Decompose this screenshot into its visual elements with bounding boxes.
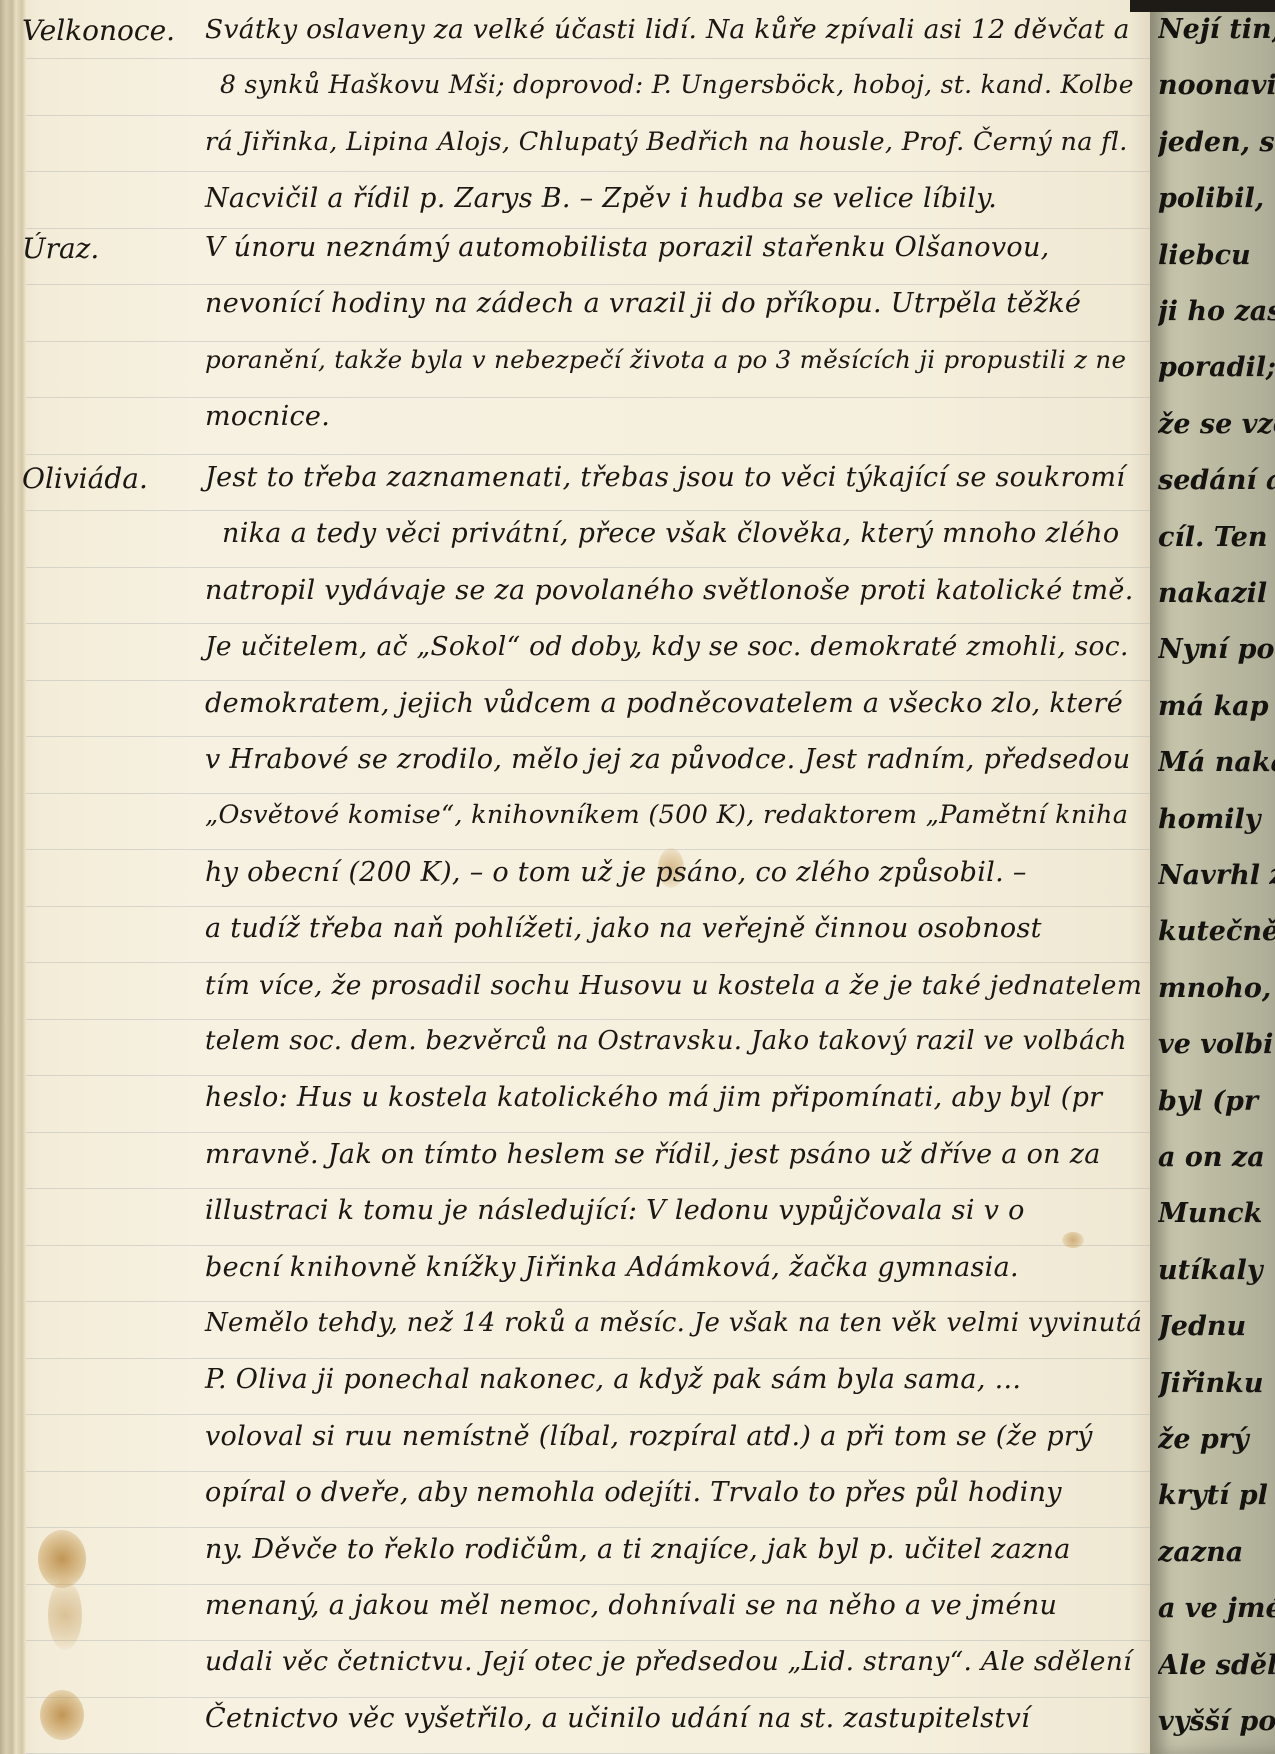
handwritten-line: illustraci k tomu je následující: V ledo… [205,1195,1025,1226]
facing-page-fragment: Munck [1158,1198,1275,1229]
handwritten-line: Jest to třeba zaznamenati, třebas jsou t… [205,462,1125,493]
handwritten-line: Nemělo tehdy, než 14 roků a měsíc. Je vš… [205,1308,1142,1338]
handwritten-line: demokratem, jejich vůdcem a podněcovatel… [205,688,1123,719]
rule-line [26,1075,1150,1076]
handwritten-line: voloval si ruu nemístně (líbal, rozpíral… [205,1421,1093,1452]
rule-line [26,1414,1150,1415]
facing-page-fragment: vyšší po [1158,1706,1275,1737]
facing-page-fragment: noonavi [1158,70,1275,101]
handwritten-line: natropil vydávaje se za povolaného světl… [205,575,1134,606]
handwritten-line: 8 synků Haškovu Mši; doprovod: P. Ungers… [220,70,1134,99]
water-stain [48,1580,82,1650]
rule-line [26,1301,1150,1302]
facing-page-fragment: poradil; [1158,352,1275,383]
facing-page-fragment: liebcu [1158,240,1275,271]
handwritten-line: Nacvičil a řídil p. Zarys B. – Zpěv i hu… [205,183,997,214]
facing-page-fragment: nakazil [1158,578,1275,609]
facing-page-fragment: Nyní po [1158,634,1275,665]
rule-line [26,284,1150,285]
handwritten-line: poranění, takže byla v nebezpečí života … [205,345,1126,374]
facing-page-fragment: jeden, sc [1158,127,1275,158]
handwritten-line: ny. Děvče to řeklo rodičům, a ti znajíce… [205,1534,1071,1565]
handwritten-line: nevonící hodiny na zádech a vrazil ji do… [205,288,1081,319]
facing-page-fragment: Navrhl za [1158,860,1275,891]
handwritten-line: v Hrabové se zrodilo, mělo jej za původc… [205,744,1130,775]
rule-line [26,680,1150,681]
rule-line [26,115,1150,116]
rule-line [26,1019,1150,1020]
rule-line [26,1358,1150,1359]
rule-line [26,1471,1150,1472]
rule-line [26,228,1150,229]
handwritten-line: „Osvětové komise“, knihovníkem (500 K), … [205,800,1128,830]
handwritten-line: P. Oliva ji ponechal nakonec, a když pak… [205,1364,1021,1395]
rule-line [26,567,1150,568]
rule-line [26,58,1150,59]
facing-page-fragment: zazna [1158,1537,1275,1568]
handwritten-line: becní knihovně knížky Jiřinka Adámková, … [205,1252,1019,1283]
handwritten-line: mocnice. [205,401,330,432]
handwritten-line: udali věc četnictvu. Její otec je předse… [205,1646,1132,1677]
facing-page-fragment: homily [1158,804,1275,835]
facing-page-fragment: že prý [1158,1424,1275,1455]
rule-line [26,397,1150,398]
water-stain [40,1690,84,1740]
handwritten-line: Četnictvo věc vyšetřilo, a učinilo udání… [205,1703,1030,1734]
facing-page-fragment: Má nakaz [1158,747,1275,778]
facing-page-fragment: má kap [1158,691,1275,722]
handwritten-line: Je učitelem, ač „Sokol“ od doby, kdy se … [205,631,1129,662]
handwritten-line: hy obecní (200 K), – o tom už je psáno, … [205,857,1027,888]
rule-line [26,962,1150,963]
facing-page-fragment: ji ho zase [1158,296,1275,327]
rule-line [26,1697,1150,1698]
rule-line [26,623,1150,624]
handwritten-line: rá Jiřinka, Lipina Alojs, Chlupatý Bedři… [205,127,1128,157]
facing-page-fragment: polibil, [1158,183,1275,214]
entry-heading-velkonoce: Velkonoce. [22,14,175,47]
rule-line [26,736,1150,737]
handwritten-line: nika a tedy věci privátní, přece však čl… [222,518,1119,549]
facing-page-fragment: Ale sdělen [1158,1650,1275,1681]
facing-page-fragment: a on za [1158,1142,1275,1173]
rule-line [26,849,1150,850]
facing-page-fragment: Jednu [1158,1311,1275,1342]
handwritten-line: heslo: Hus u kostela katolického má jim … [205,1082,1102,1113]
handwritten-line: opíral o dveře, aby nemohla odejíti. Trv… [205,1477,1062,1508]
facing-page-fragment: Jiřinku [1158,1368,1275,1399]
rule-line [26,1584,1150,1585]
rule-line [26,1188,1150,1189]
facing-page-fragment: mnoho, [1158,973,1275,1004]
rule-line [26,341,1150,342]
rule-line [26,793,1150,794]
facing-page-fragment: sedání a [1158,465,1275,496]
handwritten-line: mravně. Jak on tímto heslem se řídil, je… [205,1139,1101,1170]
entry-heading-oliviada: Oliviáda. [22,462,148,495]
facing-page-fragment: utíkaly [1158,1255,1275,1286]
rule-line [26,1245,1150,1246]
entry-heading-uraz: Úraz. [22,232,99,265]
scan-shadow [1130,0,1275,12]
handwritten-line: tím více, že prosadil sochu Husovu u kos… [205,970,1142,1001]
facing-page-fragment: kutečně, [1158,916,1275,947]
rule-line [26,510,1150,511]
facing-page-fragment: a ve jmé [1158,1593,1275,1624]
water-stain [1062,1232,1084,1248]
facing-page-fragment: krytí pl [1158,1480,1275,1511]
rule-line [26,171,1150,172]
handwritten-line: Svátky oslaveny za velké účasti lidí. Na… [205,14,1130,45]
facing-page-fragment: byl (pr [1158,1086,1275,1117]
handwritten-line: menaný, a jakou měl nemoc, dohnívali se … [205,1590,1057,1621]
rule-line [26,454,1150,455]
facing-page-fragment: že se vzo [1158,409,1275,440]
facing-page-fragment: cíl. Ten [1158,522,1275,553]
facing-page-fragment: Nejí tin, [1158,14,1275,45]
rule-line [26,1640,1150,1641]
rule-line [26,1527,1150,1528]
handwritten-line: V únoru neznámý automobilista porazil st… [205,232,1050,263]
rule-line [26,1132,1150,1133]
facing-page-fragment: ve volbi [1158,1029,1275,1060]
handwritten-line: a tudíž třeba naň pohlížeti, jako na veř… [205,913,1042,944]
rule-line [26,906,1150,907]
handwritten-line: telem soc. dem. bezvěrců na Ostravsku. J… [205,1026,1127,1056]
